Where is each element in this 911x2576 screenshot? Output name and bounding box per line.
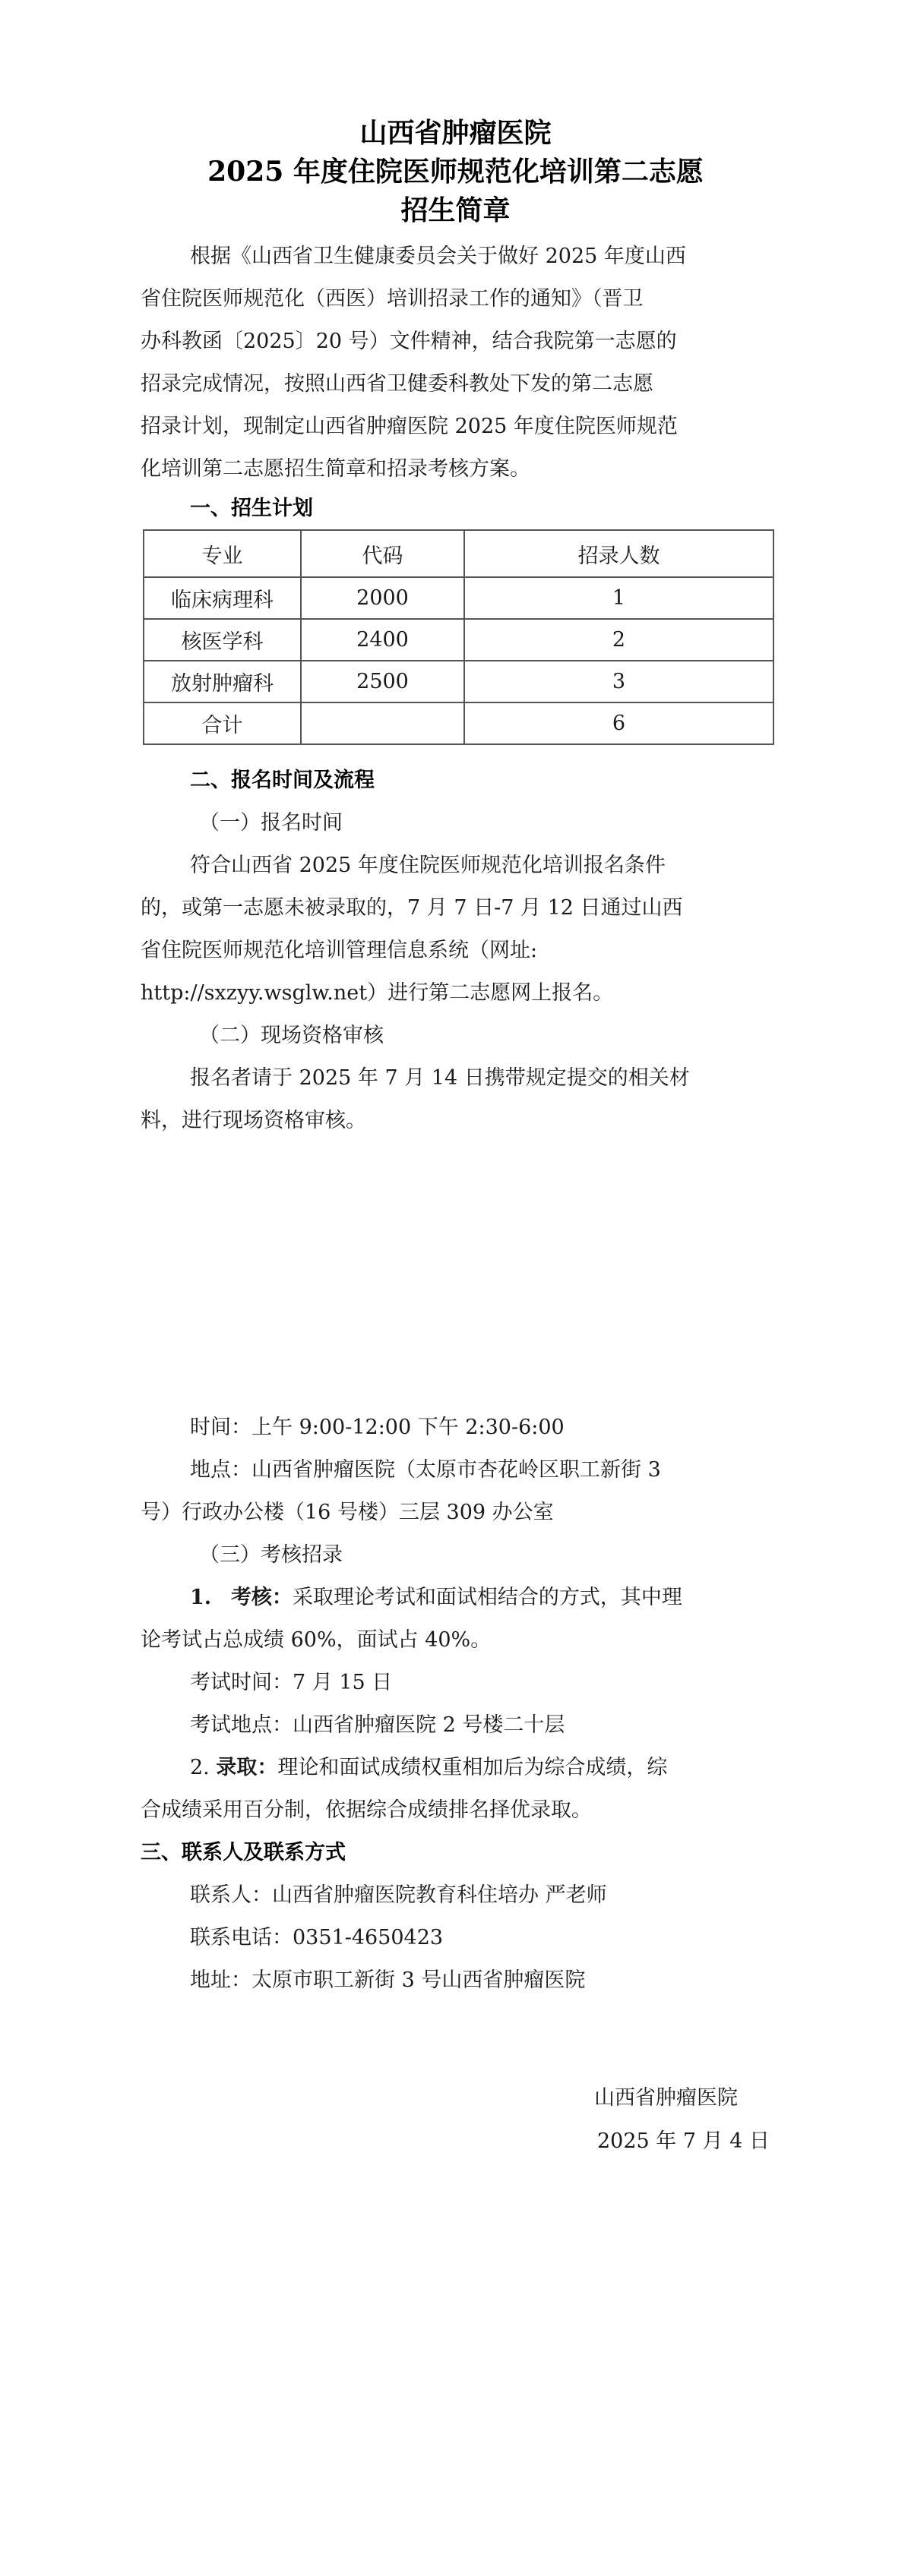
header-code: 代码	[301, 530, 464, 577]
cell-total-code	[301, 702, 464, 744]
sub-3-heading: （三）考核招录	[199, 1542, 837, 1569]
sub-2-heading: （二）现场资格审核	[199, 1022, 837, 1050]
item-1-label: 考核：	[231, 1586, 293, 1609]
sub-1-heading: （一）报名时间	[199, 810, 837, 837]
intro-line-3: 办科教函〔2025〕20 号）文件精神，结合我院第一志愿的	[141, 328, 779, 355]
cell-count: 1	[464, 577, 773, 619]
cell-total-count: 6	[464, 702, 773, 744]
intro-line-4: 招录完成情况，按照山西省卫健委科教处下发的第二志愿	[141, 371, 779, 398]
cell-count: 3	[464, 661, 773, 702]
contact-address: 地址：太原市职工新街 3 号山西省肿瘤医院	[190, 1967, 828, 1994]
sub-1-line-2: 的，或第一志愿未被录取的，7 月 7 日-7 月 12 日通过山西	[141, 895, 779, 922]
intro-line-5: 招录计划，现制定山西省肿瘤医院 2025 年度住院医师规范	[141, 413, 779, 440]
intro-line-2: 省住院医师规范化（西医）培训招录工作的通知》（晋卫	[141, 286, 779, 313]
signature-org: 山西省肿瘤医院	[594, 2085, 738, 2112]
item-1-text: 采取理论考试和面试相结合的方式，其中理	[293, 1586, 682, 1609]
table-header-row: 专业 代码 招录人数	[144, 530, 773, 577]
item-2-text: 理论和面试成绩权重相加后为综合成绩，综	[277, 1756, 667, 1779]
header-major: 专业	[144, 530, 301, 577]
contact-person: 联系人：山西省肿瘤医院教育科住培办 严老师	[190, 1882, 828, 1909]
cell-code: 2400	[301, 619, 464, 661]
assessment-item-2-cont: 合成绩采用百分制，依据综合成绩排名择优录取。	[141, 1797, 779, 1824]
signature-date: 2025 年 7 月 4 日	[597, 2128, 770, 2155]
intro-line-1: 根据《山西省卫生健康委员会关于做好 2025 年度山西	[190, 243, 828, 270]
cell-major: 核医学科	[144, 619, 301, 661]
section-2-heading: 二、报名时间及流程	[190, 767, 828, 794]
exam-time: 考试时间：7 月 15 日	[190, 1669, 828, 1697]
sub-2-line-2: 料，进行现场资格审核。	[141, 1107, 779, 1135]
assessment-item-2: 2. 录取：理论和面试成绩权重相加后为综合成绩，综	[190, 1754, 828, 1782]
sub-2-line-1: 报名者请于 2025 年 7 月 14 日携带规定提交的相关材	[190, 1065, 828, 1092]
cell-count: 2	[464, 619, 773, 661]
table-row: 放射肿瘤科 2500 3	[144, 661, 773, 702]
exam-location: 考试地点：山西省肿瘤医院 2 号楼二十层	[190, 1712, 828, 1739]
section-1-heading: 一、招生计划	[190, 495, 828, 522]
assessment-item-1: 1. 考核：采取理论考试和面试相结合的方式，其中理	[190, 1584, 828, 1612]
cell-major: 临床病理科	[144, 577, 301, 619]
review-time: 时间：上午 9:00-12:00 下午 2:30-6:00	[190, 1414, 828, 1441]
table-row: 临床病理科 2000 1	[144, 577, 773, 619]
document-page: 山西省肿瘤医院 2025 年度住院医师规范化培训第二志愿 招生简章 根据《山西省…	[0, 0, 911, 2576]
intro-line-6: 化培训第二志愿招生简章和招录考核方案。	[141, 456, 779, 483]
review-location-line-1: 地点：山西省肿瘤医院（太原市杏花岭区职工新街 3	[190, 1457, 828, 1484]
header-count: 招录人数	[464, 530, 773, 577]
cell-code: 2000	[301, 577, 464, 619]
enrollment-plan-table: 专业 代码 招录人数 临床病理科 2000 1 核医学科 2400 2 放射肿瘤…	[143, 529, 774, 745]
table-total-row: 合计 6	[144, 702, 773, 744]
item-2-label: 录取：	[216, 1756, 277, 1779]
cell-total-label: 合计	[144, 702, 301, 744]
contact-phone: 联系电话：0351-4650423	[190, 1924, 828, 1952]
section-3-heading: 三、联系人及联系方式	[141, 1839, 779, 1867]
title-line-3: 招生简章	[0, 191, 911, 229]
assessment-item-1-cont: 论考试占总成绩 60%，面试占 40%。	[141, 1627, 779, 1654]
item-1-number: 1.	[190, 1586, 211, 1609]
title-line-2: 2025 年度住院医师规范化培训第二志愿	[0, 153, 911, 191]
sub-1-line-1: 符合山西省 2025 年度住院医师规范化培训报名条件	[190, 852, 828, 879]
item-2-number: 2.	[190, 1756, 210, 1779]
table-row: 核医学科 2400 2	[144, 619, 773, 661]
review-location-line-2: 号）行政办公楼（16 号楼）三层 309 办公室	[141, 1499, 779, 1526]
cell-major: 放射肿瘤科	[144, 661, 301, 702]
cell-code: 2500	[301, 661, 464, 702]
title-line-1: 山西省肿瘤医院	[0, 114, 911, 152]
registration-url-line: http://sxzyy.wsglw.net）进行第二志愿网上报名。	[141, 980, 779, 1007]
sub-1-line-3: 省住院医师规范化培训管理信息系统（网址:	[141, 937, 779, 964]
